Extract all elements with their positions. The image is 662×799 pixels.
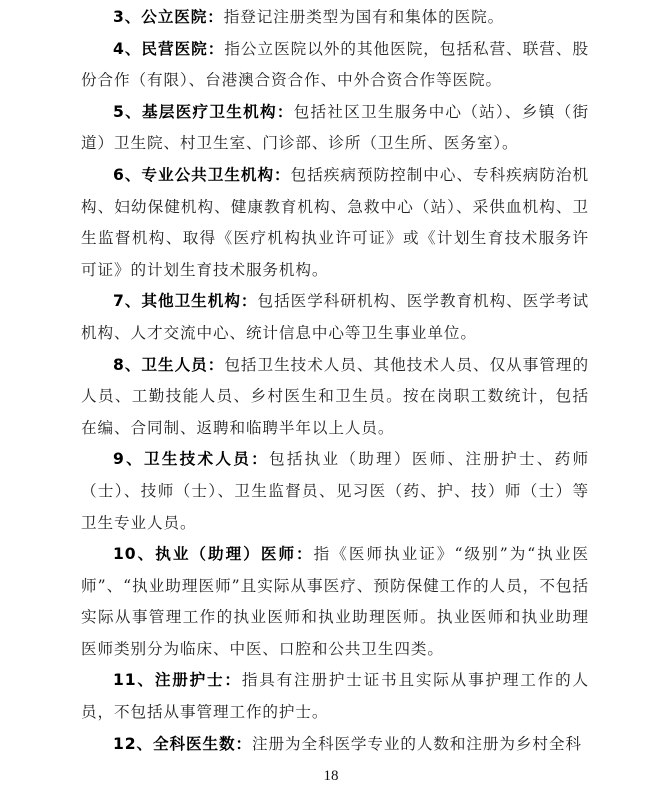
definition-paragraph-health-personnel: 8、卫生人员：包括卫生技术人员、其他技术人员、仅从事管理的人员、工勤技能人员、乡… — [81, 350, 589, 445]
term-label: 9、卫生技术人员： — [113, 450, 269, 468]
document-body: 3、公立医院：指登记注册类型为国有和集体的医院。 4、民营医院：指公立医院以外的… — [81, 2, 589, 760]
term-label: 5、基层医疗卫生机构： — [113, 103, 294, 121]
term-label: 8、卫生人员： — [113, 356, 224, 374]
page-number: 18 — [0, 768, 662, 785]
definition-paragraph-licensed-physicians: 10、执业（助理）医师：指《医师执业证》“级别”为“执业医师”、“执业助理医师”… — [81, 539, 589, 665]
definition-paragraph-general-practitioners: 12、全科医生数：注册为全科医学专业的人数和注册为乡村全科 — [81, 729, 589, 761]
term-label: 11、注册护士： — [113, 671, 242, 689]
term-definition: 指登记注册类型为国有和集体的医院。 — [224, 8, 504, 26]
definition-paragraph-public-hospital: 3、公立医院：指登记注册类型为国有和集体的医院。 — [81, 2, 589, 34]
definition-paragraph-registered-nurses: 11、注册护士：指具有注册护士证书且实际从事护理工作的人员，不包括从事管理工作的… — [81, 665, 589, 728]
term-label: 6、专业公共卫生机构： — [113, 166, 291, 184]
definition-paragraph-primary-care-institution: 5、基层医疗卫生机构：包括社区卫生服务中心（站）、乡镇（街道）卫生院、村卫生室、… — [81, 97, 589, 160]
term-label: 10、执业（助理）医师： — [113, 545, 314, 563]
term-definition: 注册为全科医学专业的人数和注册为乡村全科 — [252, 735, 582, 753]
definition-paragraph-public-health-institution: 6、专业公共卫生机构：包括疾病预防控制中心、专科疾病防治机构、妇幼保健机构、健康… — [81, 160, 589, 286]
term-label: 3、公立医院： — [113, 8, 224, 26]
term-label: 7、其他卫生机构： — [113, 292, 257, 310]
term-label: 12、全科医生数： — [113, 735, 252, 753]
definition-paragraph-health-technicians: 9、卫生技术人员：包括执业（助理）医师、注册护士、药师（士）、技师（士）、卫生监… — [81, 444, 589, 539]
definition-paragraph-private-hospital: 4、民营医院：指公立医院以外的其他医院，包括私营、联营、股份合作（有限）、台港澳… — [81, 34, 589, 97]
term-label: 4、民营医院： — [113, 40, 224, 58]
definition-paragraph-other-health-institution: 7、其他卫生机构：包括医学科研机构、医学教育机构、医学考试机构、人才交流中心、统… — [81, 286, 589, 349]
